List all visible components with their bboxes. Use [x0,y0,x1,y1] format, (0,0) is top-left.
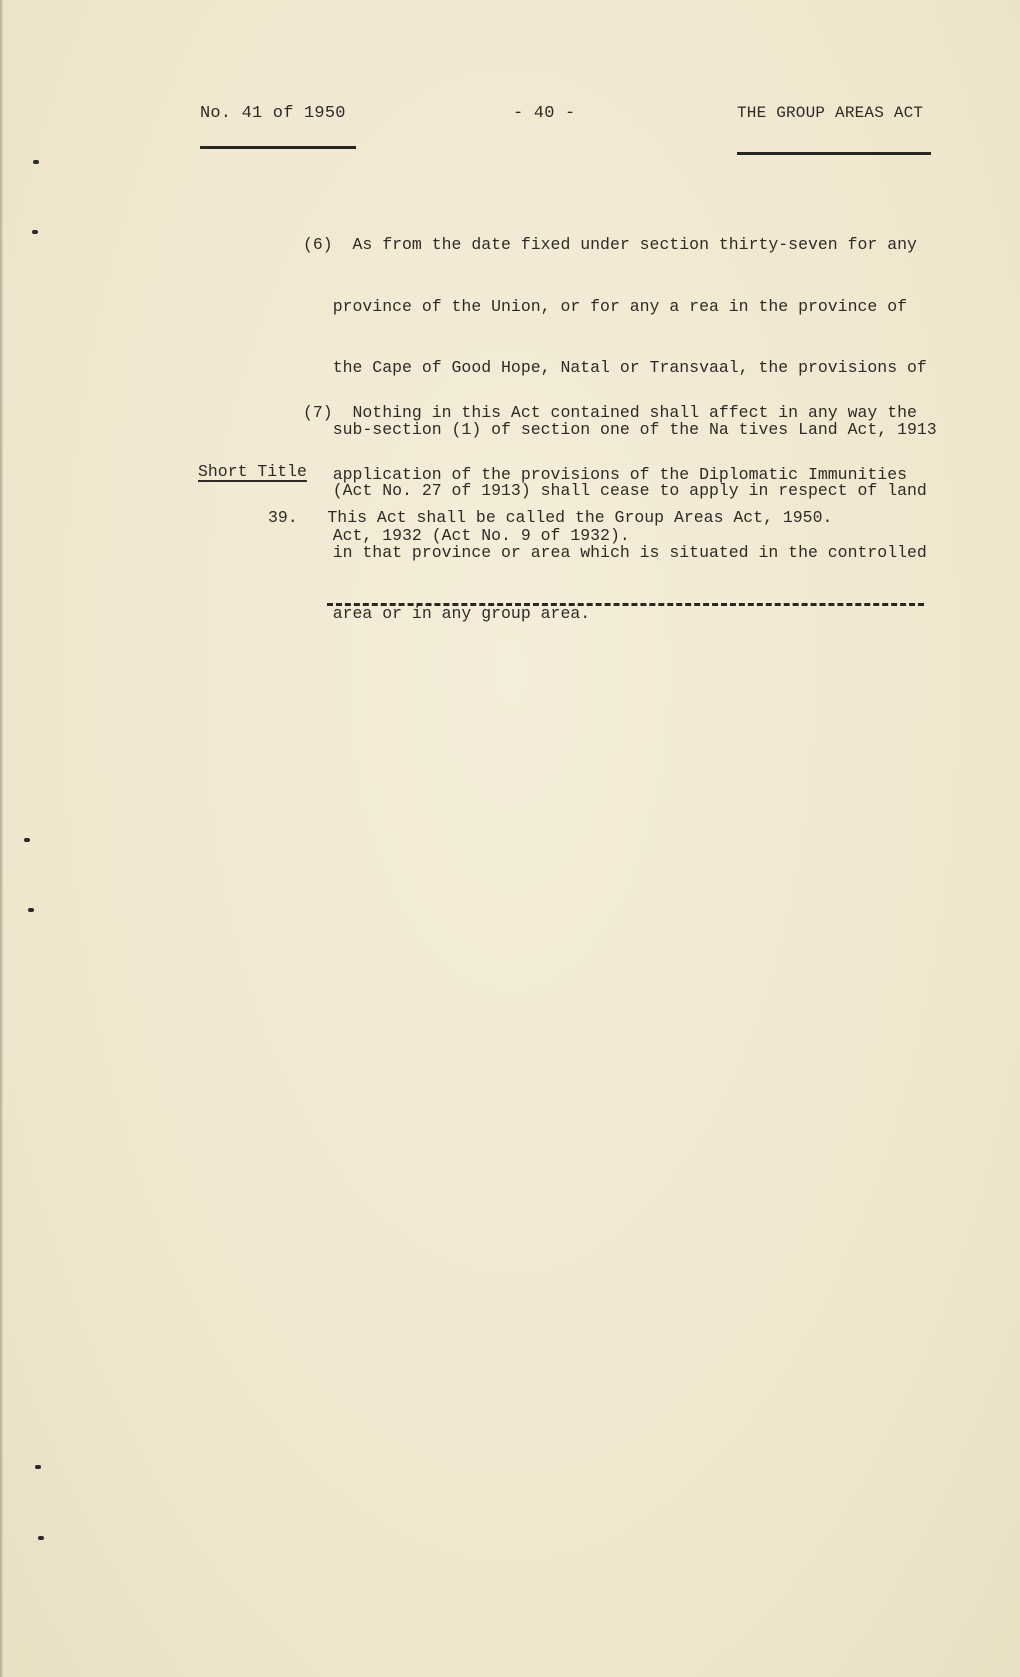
header-rule-left [200,146,356,149]
section-heading-short-title: Short Title [198,462,307,481]
subsection-line: province of the Union, or for any a rea … [303,297,937,318]
subsection-line: Act, 1932 (Act No. 9 of 1932). [303,526,917,547]
punch-mark [33,160,39,164]
subsection-7: (7) Nothing in this Act contained shall … [303,362,917,567]
header-rule-right [737,152,931,155]
punch-mark [28,908,34,912]
punch-mark [38,1536,44,1540]
punch-mark [32,230,38,234]
act-title: THE GROUP AREAS ACT [737,104,923,122]
section-39-text: 39. This Act shall be called the Group A… [268,508,832,527]
subsection-line: (7) Nothing in this Act contained shall … [303,403,917,424]
punch-mark [35,1465,41,1469]
act-number: No. 41 of 1950 [200,104,346,123]
end-of-act-rule [327,603,924,606]
page-left-edge [0,0,3,1677]
punch-mark [24,838,30,842]
subsection-line: application of the provisions of the Dip… [303,465,917,486]
subsection-line: (6) As from the date fixed under section… [303,235,937,256]
subsection-line: area or in any group area. [303,604,937,625]
page-number: - 40 - [513,104,575,123]
